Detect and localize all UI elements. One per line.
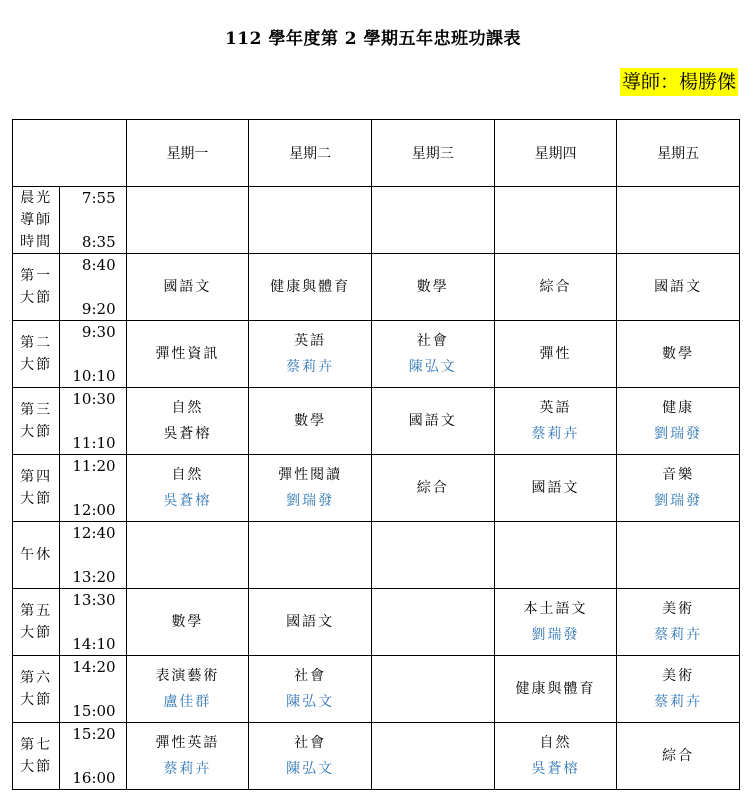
end-time: 9:20 bbox=[82, 300, 116, 318]
end-time: 14:10 bbox=[72, 635, 115, 653]
subject: 美術 bbox=[617, 596, 739, 622]
subject: 音樂 bbox=[617, 462, 739, 488]
teacher: 劉瑞發 bbox=[495, 622, 617, 648]
period-time: 9:3010:10 bbox=[60, 321, 126, 388]
subject: 國語文 bbox=[495, 475, 617, 501]
subject: 健康與體育 bbox=[495, 676, 617, 702]
class-cell: 國語文 bbox=[371, 388, 494, 455]
class-cell bbox=[249, 522, 372, 589]
class-cell: 英語蔡莉卉 bbox=[249, 321, 372, 388]
class-cell: 數學 bbox=[617, 321, 740, 388]
period-row: 第一大節8:409:20國語文健康與體育數學綜合國語文 bbox=[13, 254, 740, 321]
class-cell: 表演藝術盧佳群 bbox=[126, 656, 249, 723]
class-cell bbox=[371, 522, 494, 589]
class-cell bbox=[494, 187, 617, 254]
class-cell bbox=[494, 522, 617, 589]
subject: 彈性英語 bbox=[127, 730, 249, 756]
start-time: 13:30 bbox=[72, 591, 115, 609]
class-cell bbox=[371, 589, 494, 656]
subject: 國語文 bbox=[372, 408, 494, 434]
class-cell: 健康劉瑞發 bbox=[617, 388, 740, 455]
class-cell: 美術蔡莉卉 bbox=[617, 656, 740, 723]
class-cell: 彈性資訊 bbox=[126, 321, 249, 388]
subject: 綜合 bbox=[495, 274, 617, 300]
class-cell bbox=[126, 187, 249, 254]
subject: 綜合 bbox=[372, 475, 494, 501]
period-row: 第七大節15:2016:00彈性英語蔡莉卉社會陳弘文自然吳蒼榕綜合 bbox=[13, 723, 740, 790]
period-time: 15:2016:00 bbox=[60, 723, 126, 790]
subject: 數學 bbox=[249, 408, 371, 434]
teacher: 劉瑞發 bbox=[249, 488, 371, 514]
period-time: 14:2015:00 bbox=[60, 656, 126, 723]
day-header: 星期一 bbox=[126, 120, 249, 187]
teacher: 蔡莉卉 bbox=[495, 421, 617, 447]
start-time: 10:30 bbox=[72, 390, 115, 408]
class-cell bbox=[617, 522, 740, 589]
start-time: 9:30 bbox=[82, 323, 116, 341]
corner-cell bbox=[13, 120, 127, 187]
timetable: 星期一 星期二 星期三 星期四 星期五 晨光導師時間7:558:35第一大節8:… bbox=[12, 119, 740, 790]
class-cell bbox=[371, 723, 494, 790]
teacher: 劉瑞發 bbox=[617, 488, 739, 514]
subject: 社會 bbox=[249, 663, 371, 689]
teacher: 劉瑞發 bbox=[617, 421, 739, 447]
period-time: 11:2012:00 bbox=[60, 455, 126, 522]
end-time: 12:00 bbox=[72, 501, 115, 519]
end-time: 15:00 bbox=[72, 702, 115, 720]
teacher: 蔡莉卉 bbox=[617, 622, 739, 648]
class-cell bbox=[371, 656, 494, 723]
subject: 英語 bbox=[249, 328, 371, 354]
end-time: 8:35 bbox=[82, 233, 116, 251]
period-time: 13:3014:10 bbox=[60, 589, 126, 656]
subject: 健康與體育 bbox=[249, 274, 371, 300]
subject: 表演藝術 bbox=[127, 663, 249, 689]
start-time: 14:20 bbox=[72, 658, 115, 676]
subject: 自然 bbox=[495, 730, 617, 756]
class-cell: 綜合 bbox=[617, 723, 740, 790]
period-label: 第五大節 bbox=[13, 589, 60, 656]
teacher: 蔡莉卉 bbox=[127, 756, 249, 782]
teacher: 吳蒼榕 bbox=[127, 488, 249, 514]
page-title: 112 學年度第 2 學期五年忠班功課表 bbox=[0, 24, 746, 49]
class-cell bbox=[371, 187, 494, 254]
period-time: 10:3011:10 bbox=[60, 388, 126, 455]
period-label: 第二大節 bbox=[13, 321, 60, 388]
period-label: 午休 bbox=[13, 522, 60, 589]
period-row: 第四大節11:2012:00自然吳蒼榕彈性閱讀劉瑞發綜合國語文音樂劉瑞發 bbox=[13, 455, 740, 522]
subject: 自然 bbox=[127, 395, 249, 421]
class-cell: 數學 bbox=[249, 388, 372, 455]
class-cell bbox=[249, 187, 372, 254]
subject: 美術 bbox=[617, 663, 739, 689]
subject: 數學 bbox=[617, 341, 739, 367]
class-cell: 彈性 bbox=[494, 321, 617, 388]
class-cell: 本土語文劉瑞發 bbox=[494, 589, 617, 656]
period-row: 第五大節13:3014:10數學國語文本土語文劉瑞發美術蔡莉卉 bbox=[13, 589, 740, 656]
period-label: 第六大節 bbox=[13, 656, 60, 723]
subject: 數學 bbox=[127, 609, 249, 635]
class-cell: 國語文 bbox=[249, 589, 372, 656]
class-cell: 健康與體育 bbox=[494, 656, 617, 723]
class-cell: 健康與體育 bbox=[249, 254, 372, 321]
class-cell: 音樂劉瑞發 bbox=[617, 455, 740, 522]
class-cell: 數學 bbox=[126, 589, 249, 656]
subject: 彈性資訊 bbox=[127, 341, 249, 367]
period-label: 第三大節 bbox=[13, 388, 60, 455]
period-time: 12:4013:20 bbox=[60, 522, 126, 589]
subject: 自然 bbox=[127, 462, 249, 488]
period-row: 晨光導師時間7:558:35 bbox=[13, 187, 740, 254]
end-time: 13:20 bbox=[72, 568, 115, 586]
subject: 本土語文 bbox=[495, 596, 617, 622]
start-time: 15:20 bbox=[72, 725, 115, 743]
subject: 社會 bbox=[372, 328, 494, 354]
teacher: 陳弘文 bbox=[249, 689, 371, 715]
class-cell: 數學 bbox=[371, 254, 494, 321]
teacher: 盧佳群 bbox=[127, 689, 249, 715]
subject: 彈性閱讀 bbox=[249, 462, 371, 488]
teacher: 陳弘文 bbox=[372, 354, 494, 380]
start-time: 11:20 bbox=[72, 457, 115, 475]
class-cell: 社會陳弘文 bbox=[249, 656, 372, 723]
day-header: 星期五 bbox=[617, 120, 740, 187]
class-cell: 彈性英語蔡莉卉 bbox=[126, 723, 249, 790]
class-cell: 自然吳蒼榕 bbox=[494, 723, 617, 790]
subject: 數學 bbox=[372, 274, 494, 300]
day-header: 星期三 bbox=[371, 120, 494, 187]
period-label: 晨光導師時間 bbox=[13, 187, 60, 254]
period-row: 第三大節10:3011:10自然吳蒼榕數學國語文英語蔡莉卉健康劉瑞發 bbox=[13, 388, 740, 455]
class-cell bbox=[617, 187, 740, 254]
end-time: 10:10 bbox=[72, 367, 115, 385]
subject: 國語文 bbox=[249, 609, 371, 635]
day-header: 星期二 bbox=[249, 120, 372, 187]
teacher: 蔡莉卉 bbox=[249, 354, 371, 380]
header-row: 星期一 星期二 星期三 星期四 星期五 bbox=[13, 120, 740, 187]
period-time: 7:558:35 bbox=[60, 187, 126, 254]
day-header: 星期四 bbox=[494, 120, 617, 187]
class-cell: 社會陳弘文 bbox=[249, 723, 372, 790]
start-time: 8:40 bbox=[82, 256, 116, 274]
subject: 彈性 bbox=[495, 341, 617, 367]
start-time: 12:40 bbox=[72, 524, 115, 542]
class-cell: 綜合 bbox=[371, 455, 494, 522]
period-time: 8:409:20 bbox=[60, 254, 126, 321]
class-cell: 英語蔡莉卉 bbox=[494, 388, 617, 455]
class-cell: 社會陳弘文 bbox=[371, 321, 494, 388]
period-label: 第四大節 bbox=[13, 455, 60, 522]
subject: 綜合 bbox=[617, 743, 739, 769]
end-time: 11:10 bbox=[72, 434, 115, 452]
start-time: 7:55 bbox=[82, 189, 116, 207]
end-time: 16:00 bbox=[72, 769, 115, 787]
class-cell: 綜合 bbox=[494, 254, 617, 321]
class-cell: 自然吳蒼榕 bbox=[126, 388, 249, 455]
class-cell bbox=[126, 522, 249, 589]
subject: 國語文 bbox=[127, 274, 249, 300]
period-row: 第二大節9:3010:10彈性資訊英語蔡莉卉社會陳弘文彈性數學 bbox=[13, 321, 740, 388]
period-label: 第七大節 bbox=[13, 723, 60, 790]
subject: 國語文 bbox=[617, 274, 739, 300]
period-label: 第一大節 bbox=[13, 254, 60, 321]
teacher: 陳弘文 bbox=[249, 756, 371, 782]
teacher: 吳蒼榕 bbox=[495, 756, 617, 782]
subject: 社會 bbox=[249, 730, 371, 756]
period-row: 午休12:4013:20 bbox=[13, 522, 740, 589]
class-cell: 國語文 bbox=[126, 254, 249, 321]
subject: 健康 bbox=[617, 395, 739, 421]
class-cell: 國語文 bbox=[617, 254, 740, 321]
class-cell: 國語文 bbox=[494, 455, 617, 522]
teacher: 吳蒼榕 bbox=[127, 421, 249, 447]
subject: 英語 bbox=[495, 395, 617, 421]
period-row: 第六大節14:2015:00表演藝術盧佳群社會陳弘文健康與體育美術蔡莉卉 bbox=[13, 656, 740, 723]
class-cell: 彈性閱讀劉瑞發 bbox=[249, 455, 372, 522]
class-cell: 自然吳蒼榕 bbox=[126, 455, 249, 522]
class-cell: 美術蔡莉卉 bbox=[617, 589, 740, 656]
tutor-label: 導師：楊勝傑 bbox=[620, 68, 738, 96]
teacher: 蔡莉卉 bbox=[617, 689, 739, 715]
